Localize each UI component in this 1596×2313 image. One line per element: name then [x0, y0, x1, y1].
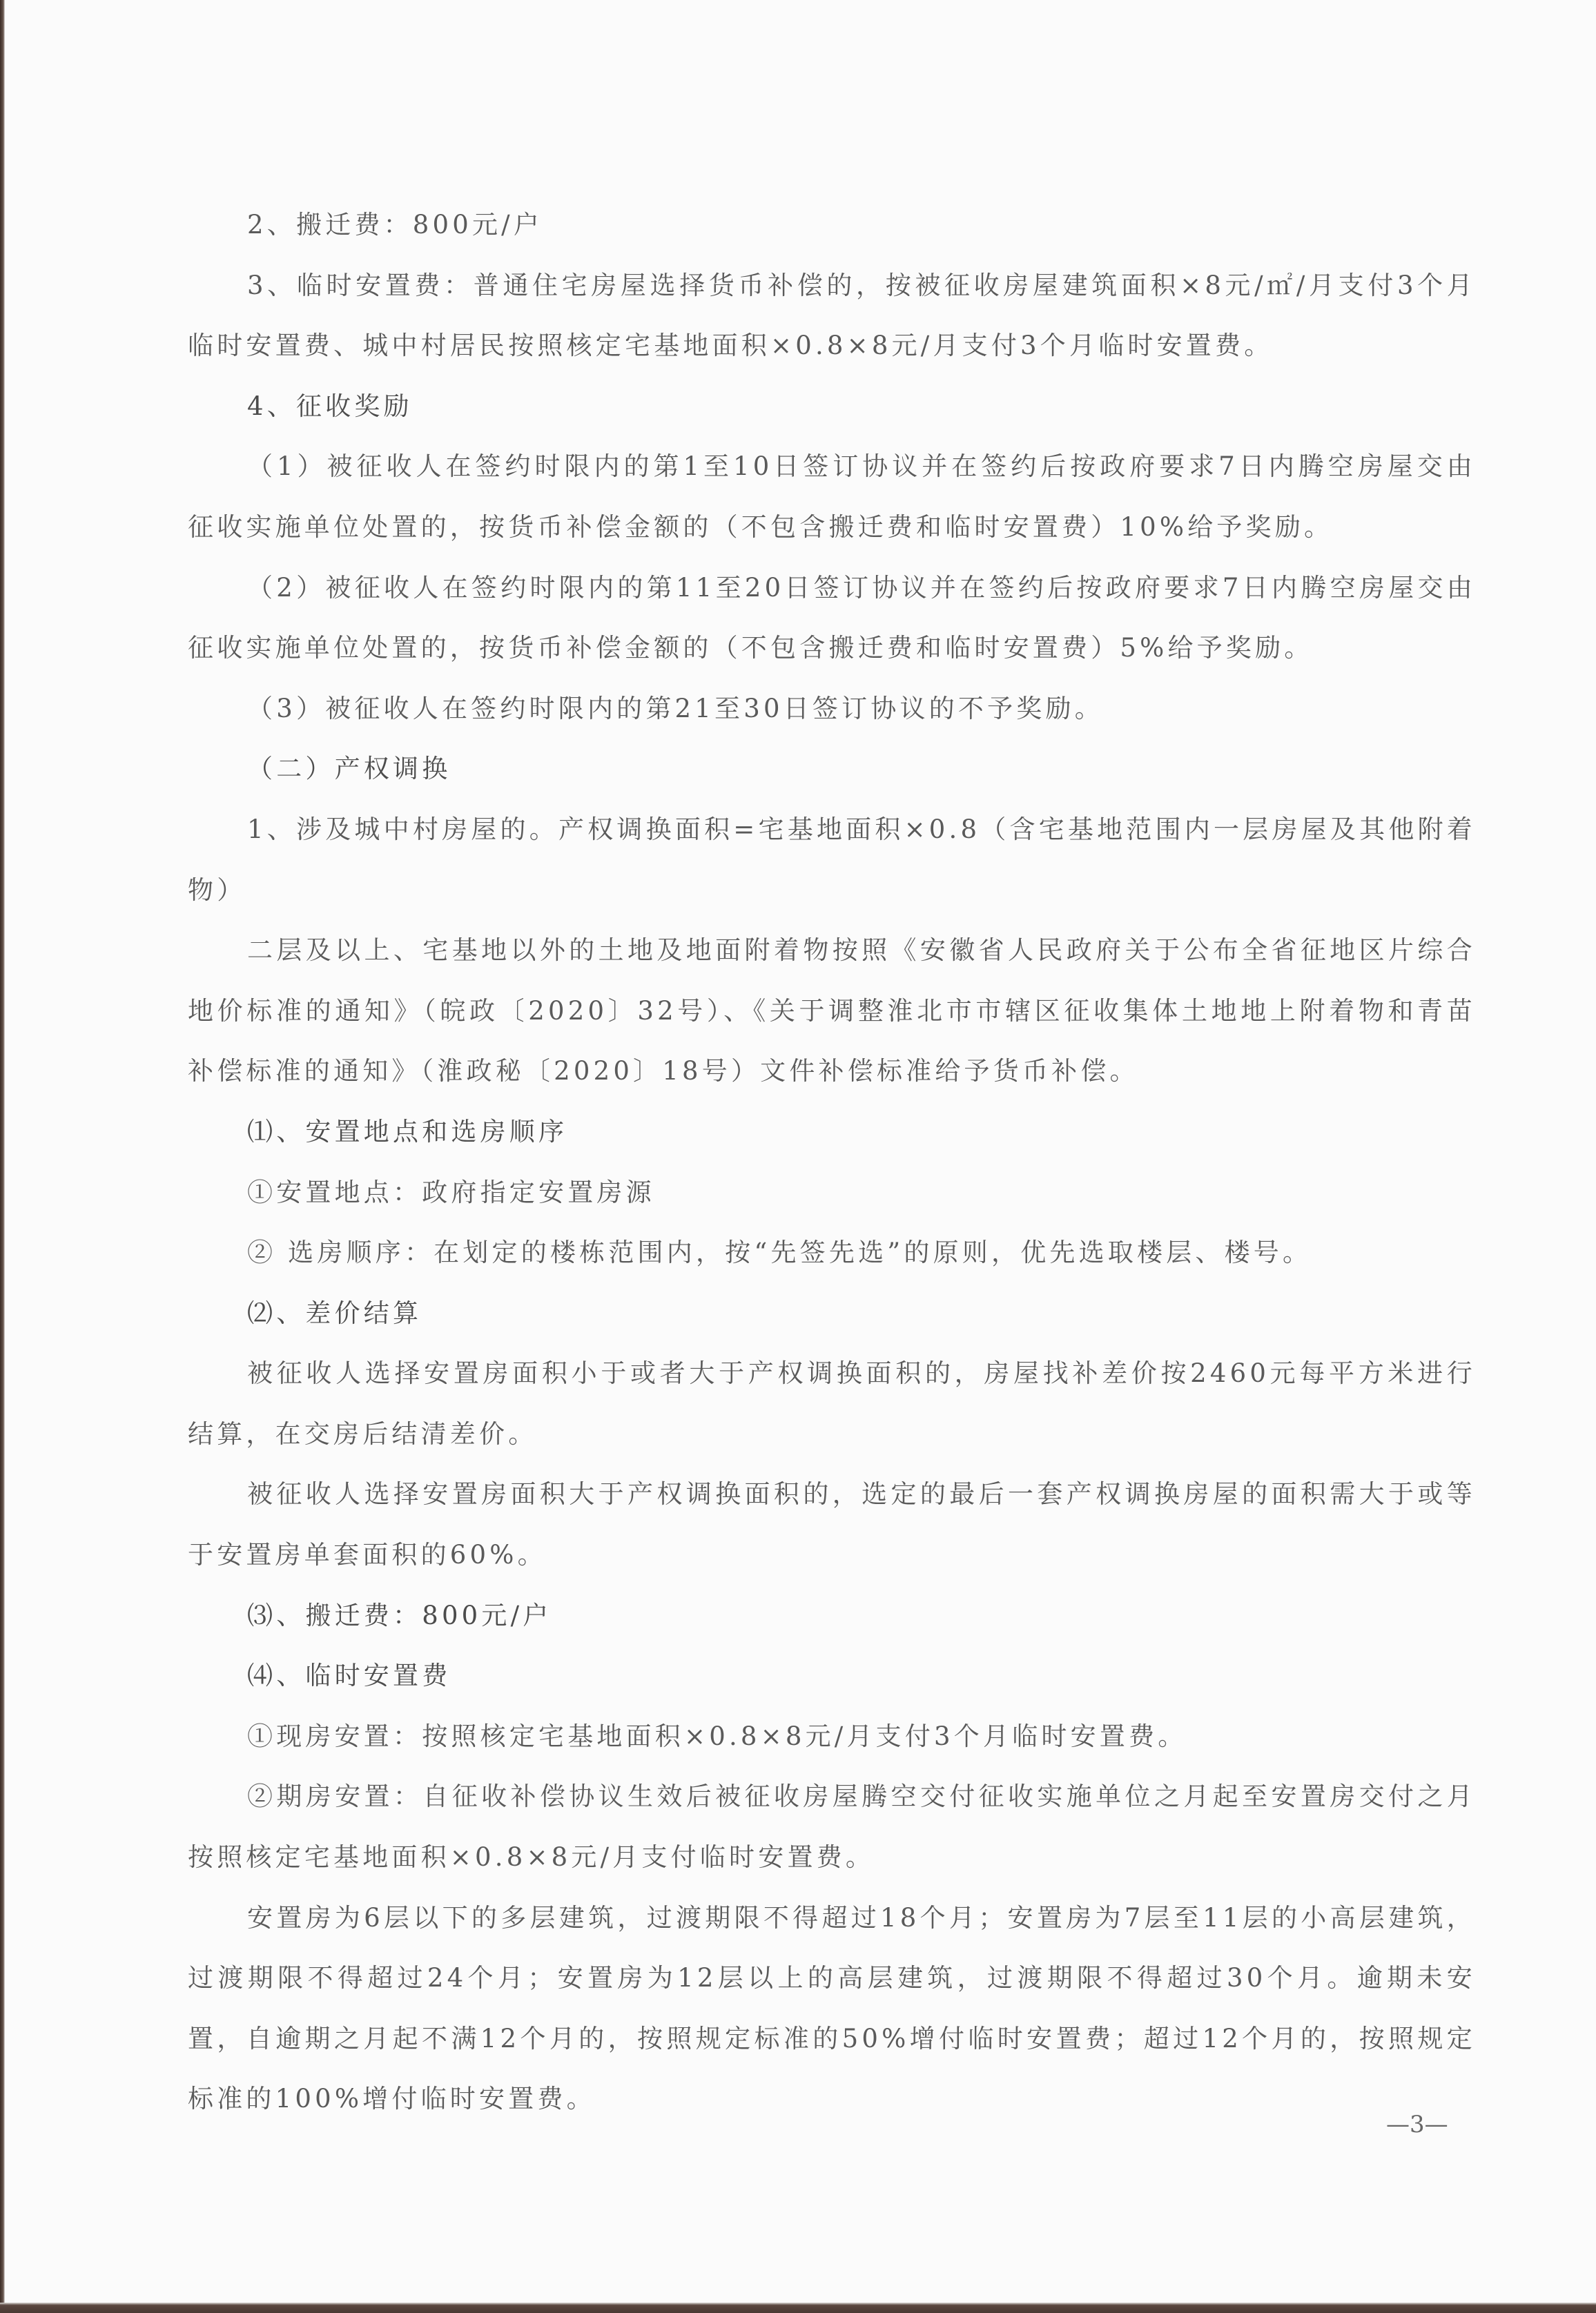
paragraph-transition-period: 安置房为6层以下的多层建筑，过渡期限不得超过18个月；安置房为7层至11层的小高… — [188, 1888, 1476, 2129]
page-number: —3— — [1386, 2111, 1448, 2138]
paragraph-location: ①安置地点：政府指定安置房源 — [188, 1162, 1476, 1223]
paragraph-existing-housing: ①现房安置：按照核定宅基地面积×0.8×8元/月支付3个月临时安置费。 — [188, 1706, 1476, 1767]
heading-price-difference: ⑵、差价结算 — [188, 1283, 1476, 1344]
heading-location-order: ⑴、安置地点和选房顺序 — [188, 1102, 1476, 1162]
paragraph-price-difference-2: 被征收人选择安置房面积大于产权调换面积的，选定的最后一套产权调换房屋的面积需大于… — [188, 1464, 1476, 1585]
paragraph-temp-resettlement-fee: 3、临时安置费：普通住宅房屋选择货币补偿的，按被征收房屋建筑面积×8元/㎡/月支… — [188, 255, 1476, 376]
heading-temp-fee: ⑷、临时安置费 — [188, 1646, 1476, 1706]
heading-property-exchange: （二）产权调换 — [188, 739, 1476, 799]
heading-expropriation-reward: 4、征收奖励 — [188, 376, 1476, 437]
page-left-edge — [0, 0, 5, 2313]
paragraph-selection-order: ② 选房顺序：在划定的楼栋范围内，按“先签先选”的原则，优先选取楼层、楼号。 — [188, 1222, 1476, 1283]
paragraph-second-floor-above: 二层及以上、宅基地以外的土地及地面附着物按照《安徽省人民政府关于公布全省征地区片… — [188, 920, 1476, 1102]
paragraph-relocation-fee: 2、搬迁费：800元/户 — [188, 195, 1476, 255]
paragraph-reward-3: （3）被征收人在签约时限内的第21至30日签订协议的不予奖励。 — [188, 679, 1476, 739]
document-body: 2、搬迁费：800元/户 3、临时安置费：普通住宅房屋选择货币补偿的，按被征收房… — [188, 195, 1476, 2129]
paragraph-reward-1: （1）被征收人在签约时限内的第1至10日签订协议并在签约后按政府要求7日内腾空房… — [188, 436, 1476, 557]
paragraph-urban-village: 1、涉及城中村房屋的。产权调换面积=宅基地面积×0.8（含宅基地范围内一层房屋及… — [188, 799, 1476, 920]
paragraph-price-difference-1: 被征收人选择安置房面积小于或者大于产权调换面积的，房屋找补差价按2460元每平方… — [188, 1343, 1476, 1464]
page-bottom-edge — [0, 2303, 1596, 2313]
heading-relocation-fee-2: ⑶、搬迁费：800元/户 — [188, 1585, 1476, 1646]
paragraph-future-housing: ②期房安置：自征收补偿协议生效后被征收房屋腾空交付征收实施单位之月起至安置房交付… — [188, 1766, 1476, 1887]
paragraph-reward-2: （2）被征收人在签约时限内的第11至20日签订协议并在签约后按政府要求7日内腾空… — [188, 558, 1476, 679]
